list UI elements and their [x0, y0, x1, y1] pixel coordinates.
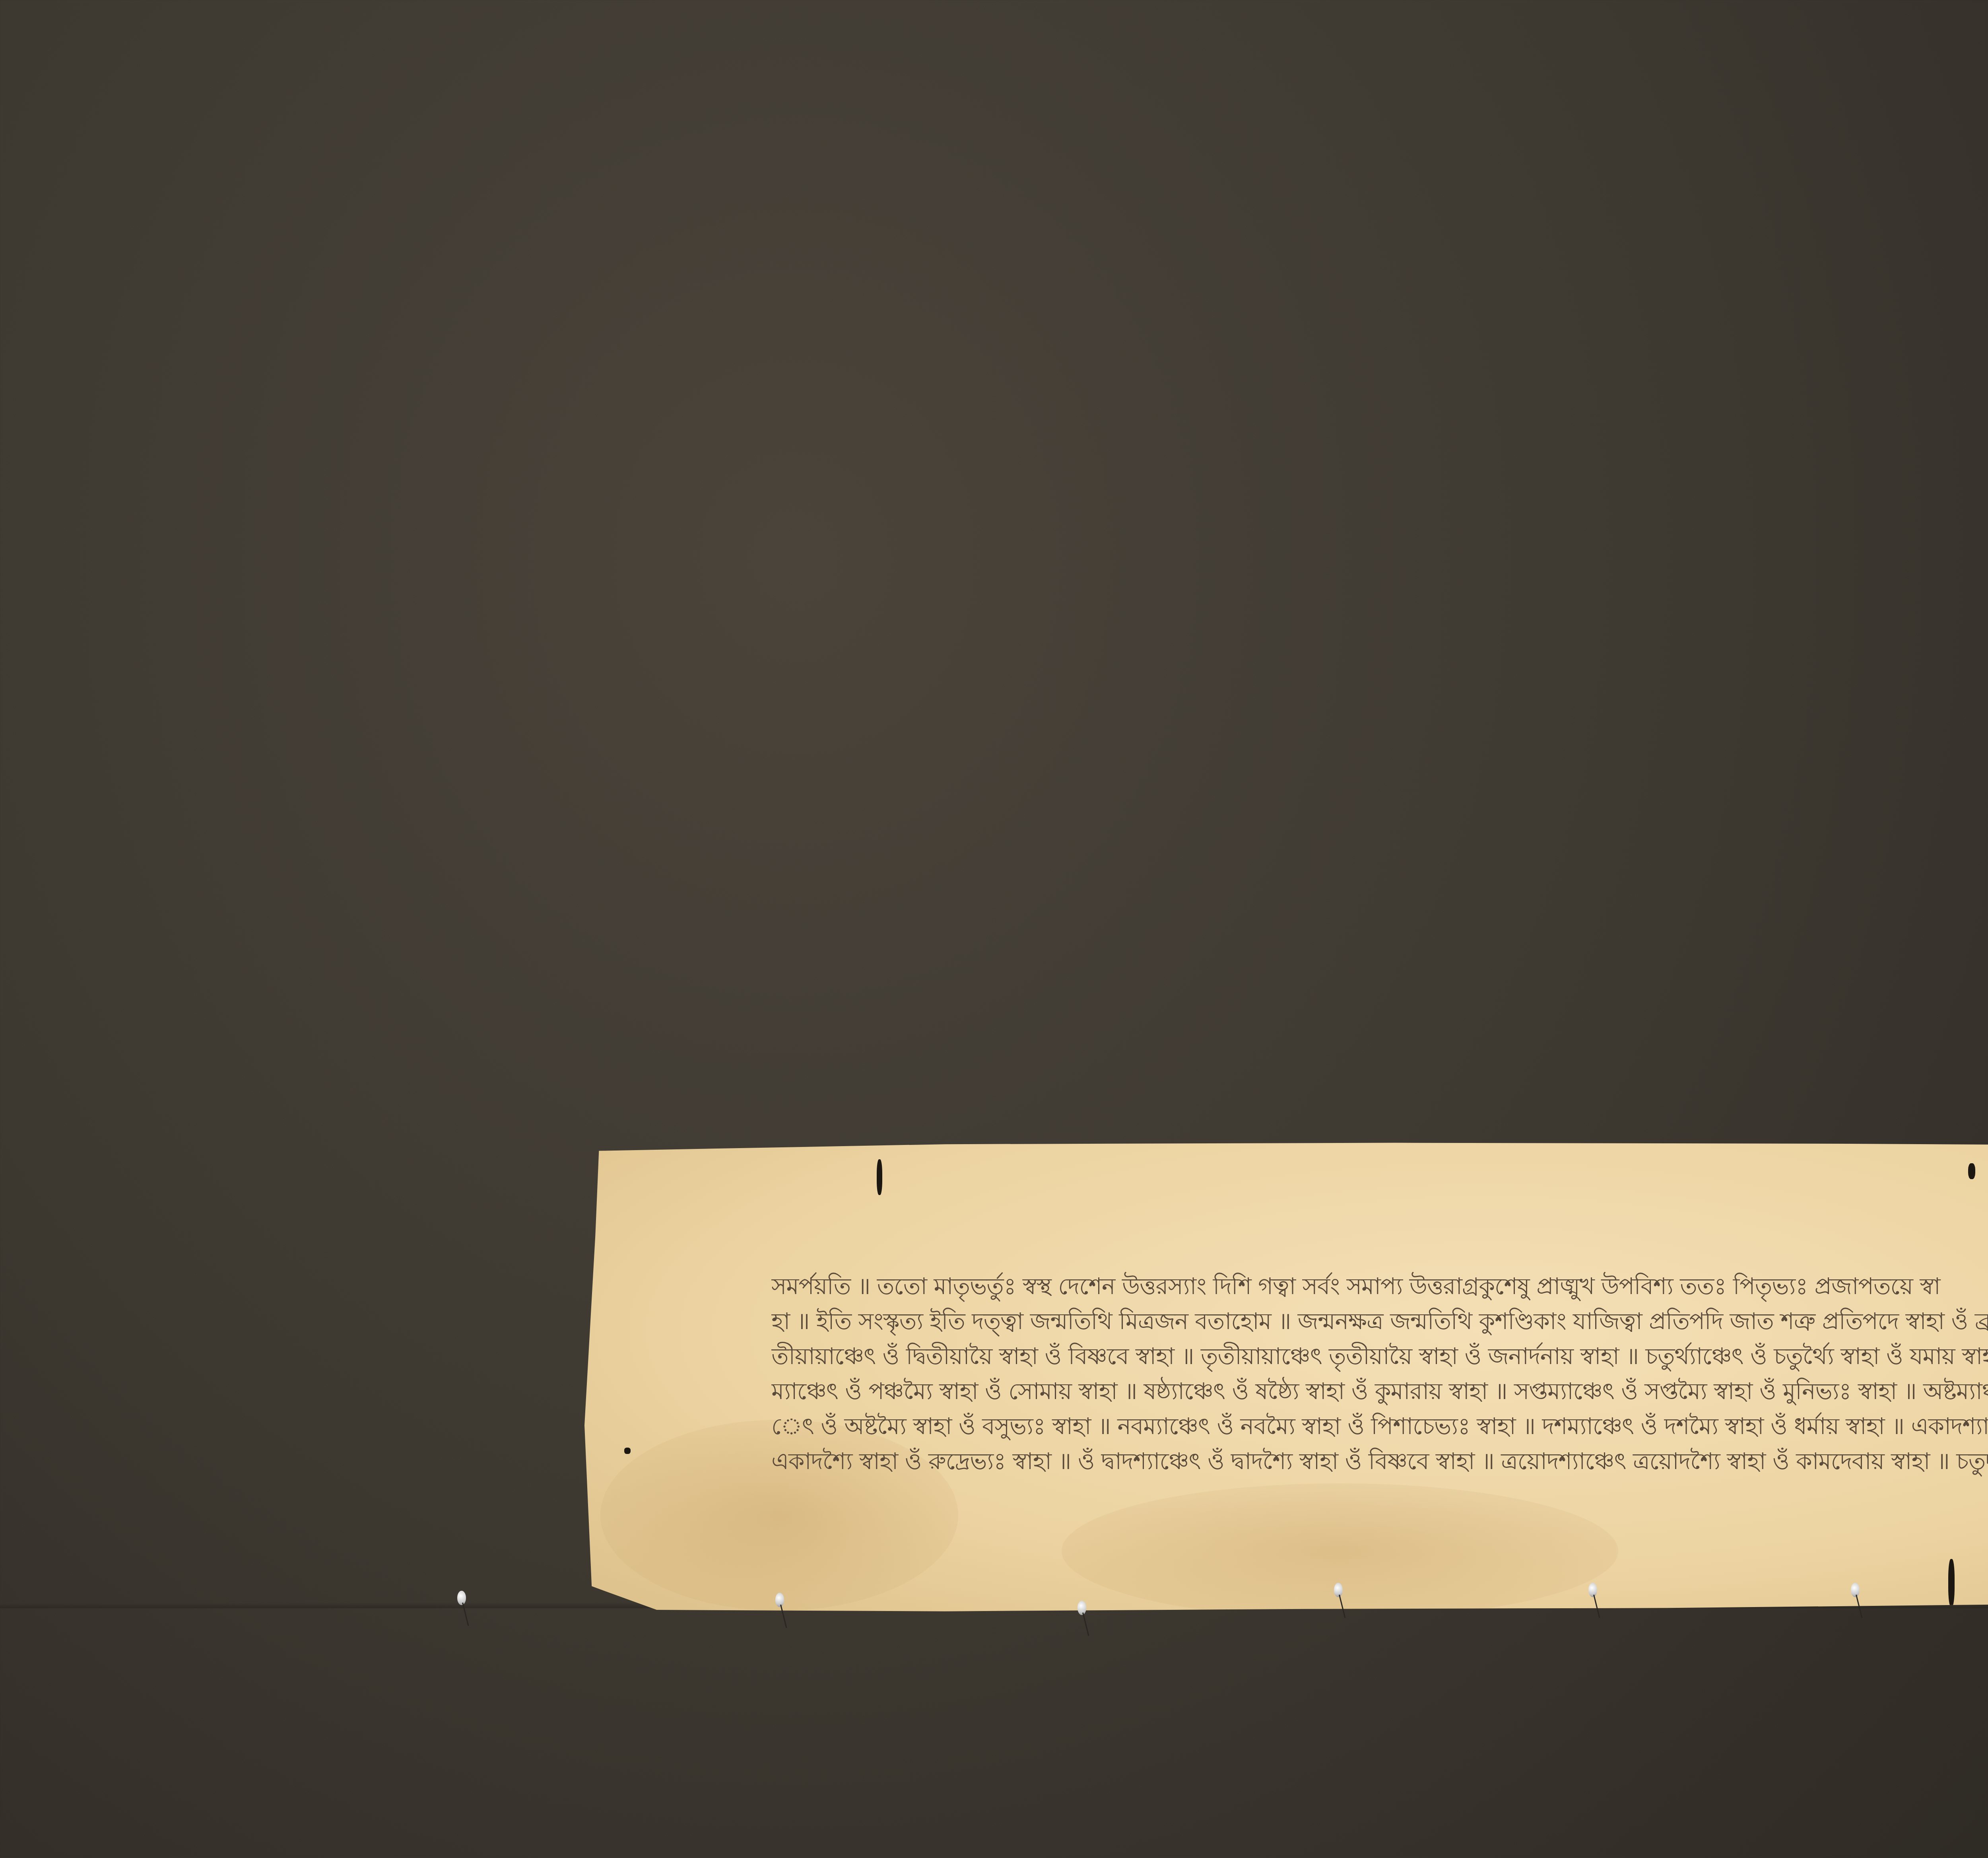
manuscript-text: সমর্পয়তি ॥ ততো মাতৃভর্তুঃ স্বস্থ দেশেন …	[771, 1269, 1988, 1479]
text-line-6: একাদশ্যৈ স্বাহা ওঁ রুদ্রেভ্যঃ স্বাহা ॥ ও…	[771, 1444, 1988, 1479]
manuscript-leaf: সমর্পয়তি ॥ ততো মাতৃভর্তুঃ স্বস্থ দেশেন …	[584, 1141, 1988, 1615]
pin-icon	[1077, 1601, 1086, 1615]
text-line-1: সমর্পয়তি ॥ ততো মাতৃভর্তুঃ স্বস্থ দেশেন …	[771, 1269, 1988, 1304]
text-line-5: েৎ ওঁ অষ্টম্যৈ স্বাহা ওঁ বসুভ্যঃ স্বাহা …	[771, 1409, 1988, 1444]
ink-mark	[1968, 1163, 1975, 1179]
pin-icon	[1851, 1583, 1860, 1597]
ink-dot	[624, 1448, 631, 1454]
pin-icon	[457, 1591, 466, 1605]
pin-icon	[1588, 1583, 1597, 1597]
pin-icon	[775, 1593, 784, 1607]
text-line-3: তীয়ায়াঞ্চেৎ ওঁ দ্বিতীয়ায়ৈ স্বাহা ওঁ …	[771, 1339, 1988, 1374]
text-line-2: হা ॥ ইতি সংস্কৃত্য ইতি দত্ত্বা জন্মতিথি …	[771, 1304, 1988, 1339]
ink-mark	[1948, 1559, 1955, 1607]
pin-icon	[1334, 1583, 1343, 1597]
ink-mark	[877, 1159, 882, 1195]
text-line-4: ম্যাঞ্চেৎ ওঁ পঞ্চম্যৈ স্বাহা ওঁ সোমায় স…	[771, 1374, 1988, 1409]
